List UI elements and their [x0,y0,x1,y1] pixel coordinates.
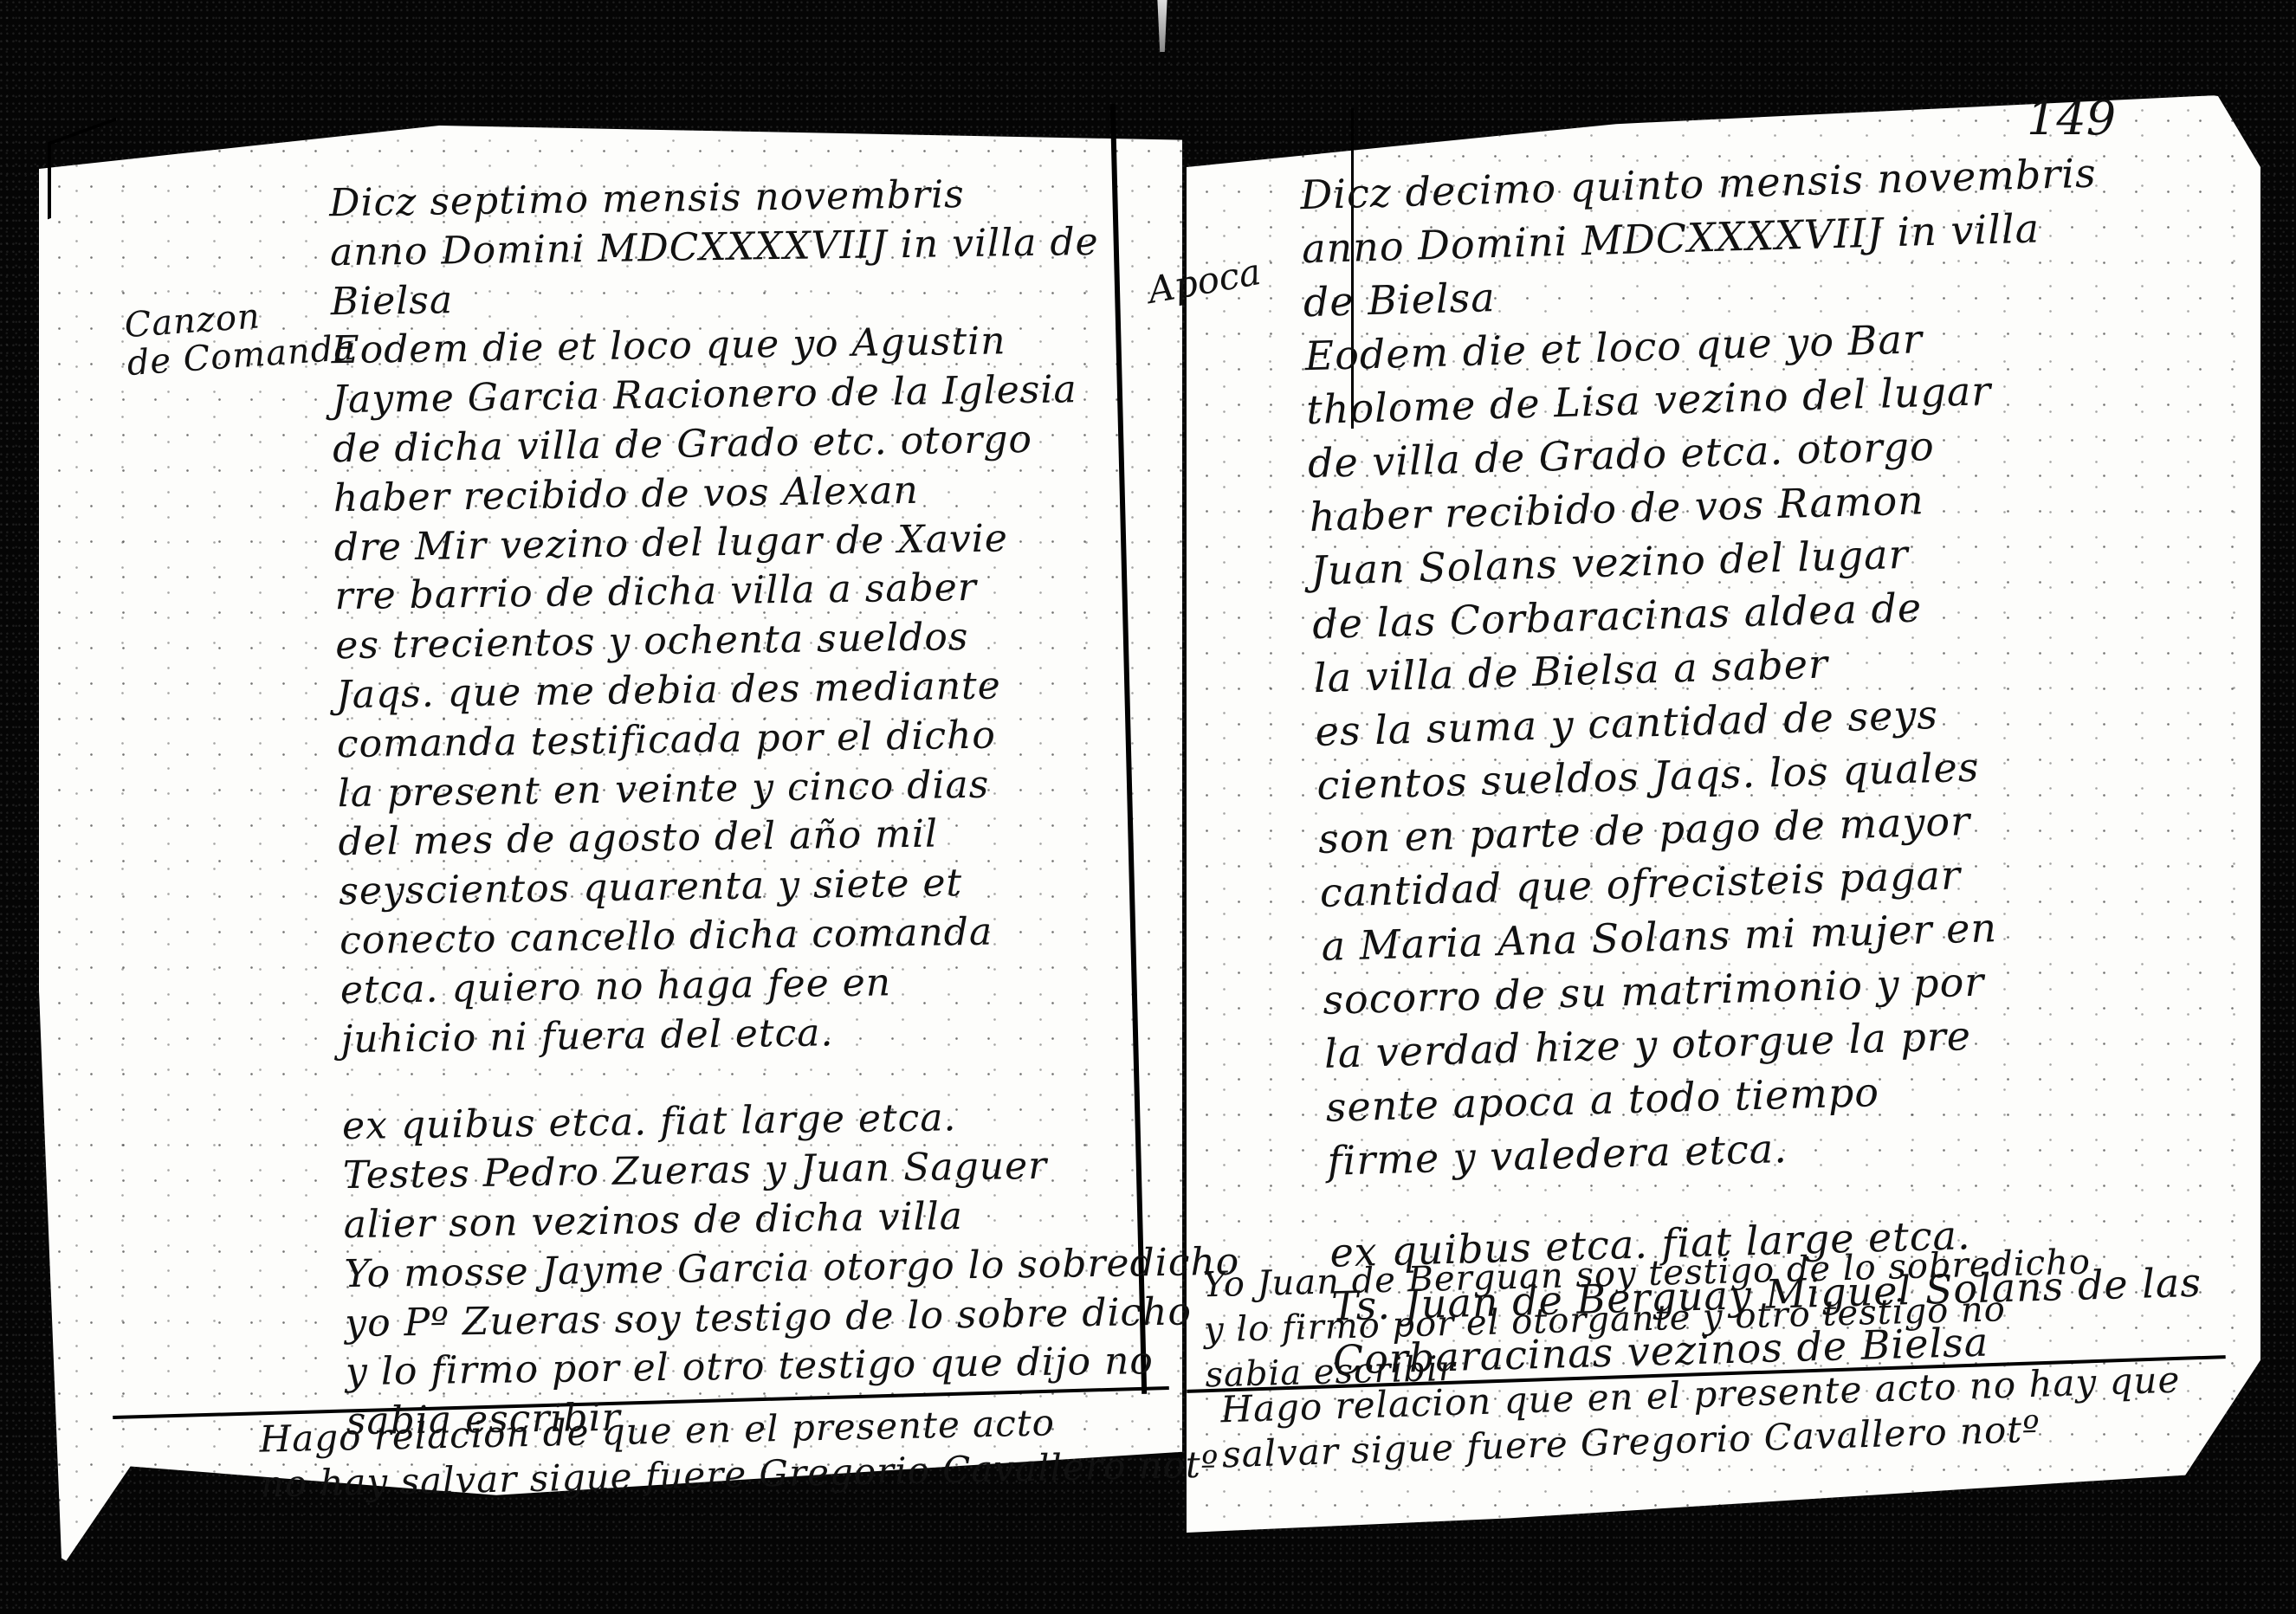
left-margin-note: Canzon de Comanda [123,291,356,383]
folio-number: 149 [2027,91,2116,145]
left-page-entry: Dicz septimo mensis novembris anno Domin… [329,167,1242,1447]
right-page-entry: Dicz decimo quinto mensis novembris anno… [1300,144,2204,1387]
binding-mark [1150,0,1174,52]
left-footer-note: Hago relacion de que en el presente acto… [259,1397,1219,1507]
